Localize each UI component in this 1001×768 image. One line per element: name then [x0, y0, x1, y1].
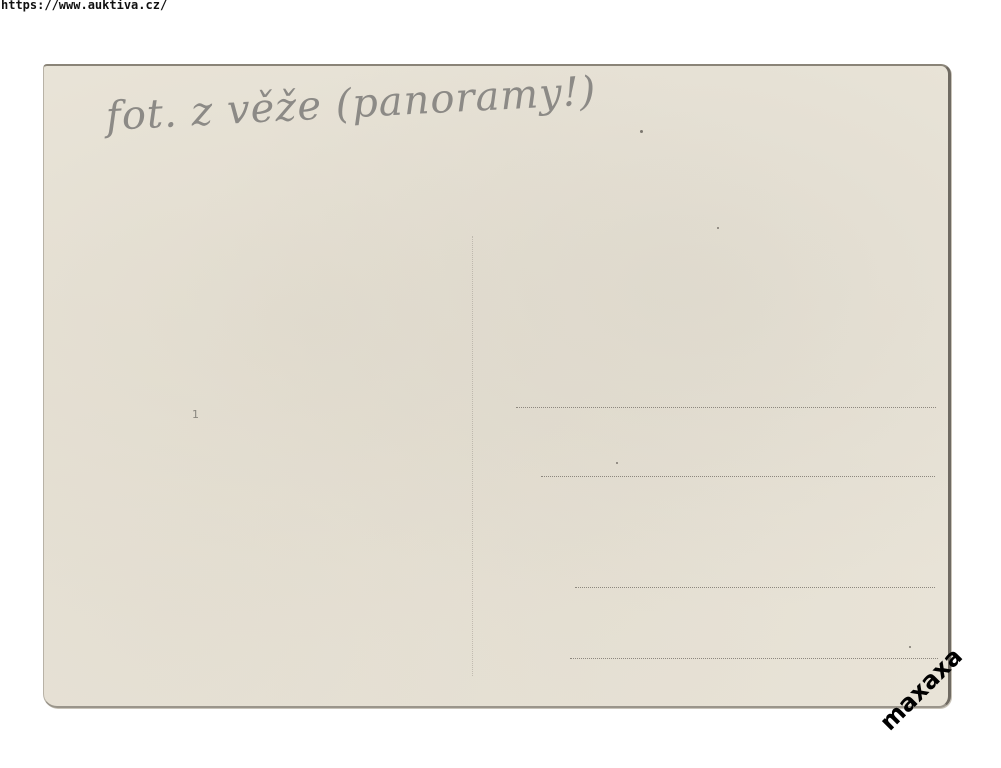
postcard-back: fot. z věže (panoramy!) 1 — [43, 64, 951, 708]
ink-speck — [640, 130, 643, 133]
address-line-4 — [570, 658, 938, 659]
address-line-2 — [541, 476, 935, 477]
message-address-divider — [472, 236, 473, 676]
ink-speck — [717, 227, 719, 229]
pencil-mark: 1 — [192, 408, 199, 421]
address-line-3 — [575, 587, 935, 588]
ink-speck — [909, 646, 911, 648]
source-url-watermark: https://www.auktiva.cz/ — [1, 0, 167, 12]
address-line-1 — [516, 407, 936, 408]
ink-speck — [616, 462, 618, 464]
handwritten-note: fot. z věže (panoramy!) — [105, 68, 598, 140]
